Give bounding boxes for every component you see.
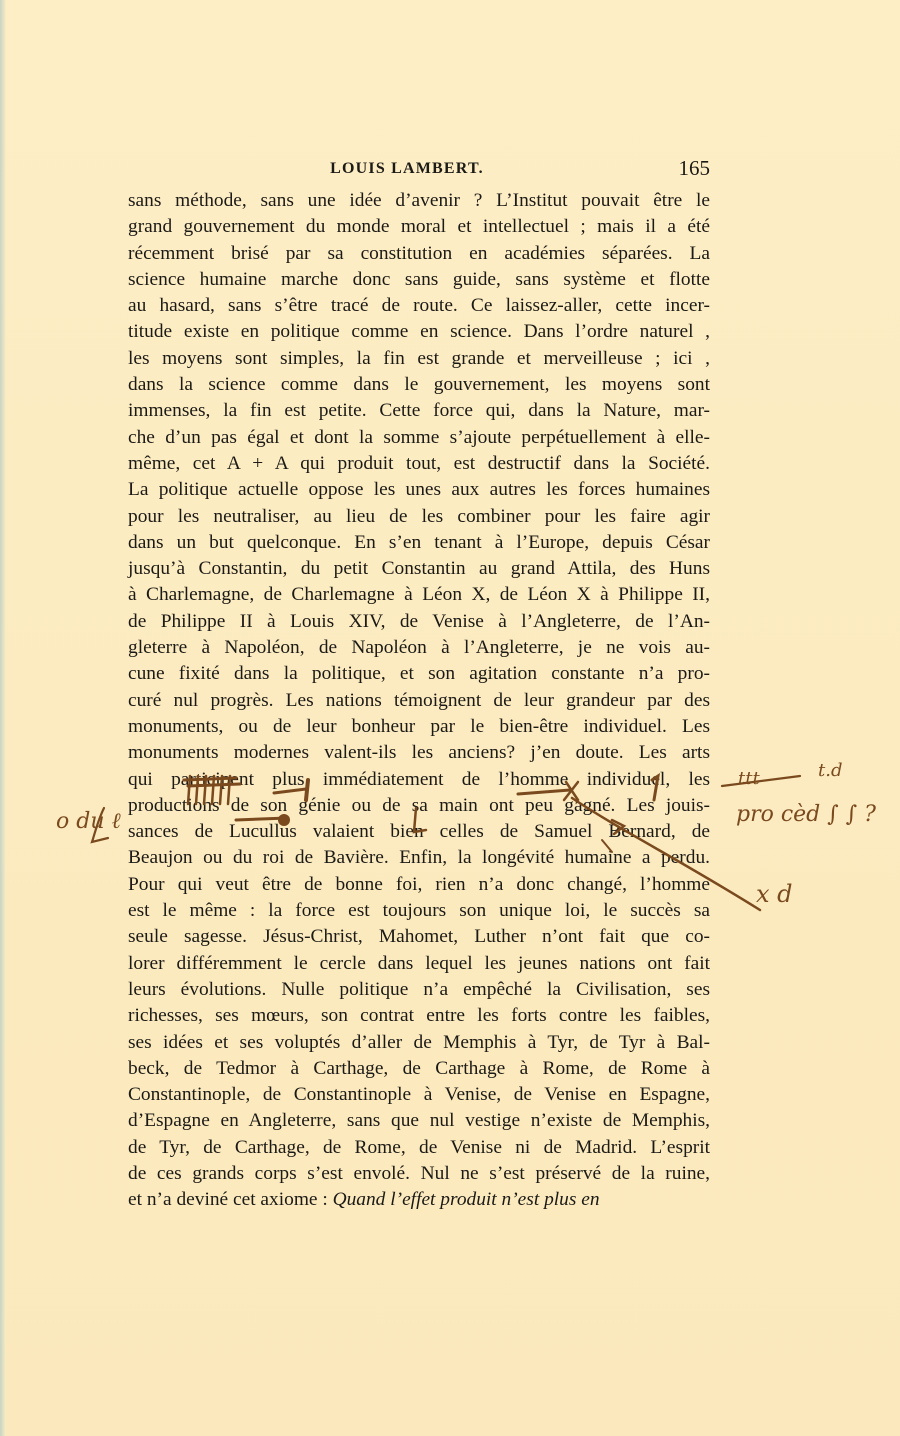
text-line: jusqu’à Constantin, du petit Constantin … xyxy=(128,556,710,582)
book-page: LOUIS LAMBERT. 165 sans méthode, sans un… xyxy=(0,0,900,1436)
text-line: au hasard, sans s’être tracé de route. C… xyxy=(128,293,710,319)
text-line: d’Espagne en Angleterre, sans que nul ve… xyxy=(128,1108,710,1134)
page-number: 165 xyxy=(679,156,711,181)
margin-note-right-top2: t.d xyxy=(818,760,842,781)
text-line: science humaine marche donc sans guide, … xyxy=(128,267,710,293)
margin-note-left: o du ℓ xyxy=(56,808,121,834)
final-line-italic: Quand l’effet produit n’est plus en xyxy=(333,1189,600,1210)
text-line: lorer différemment le cercle dans lequel… xyxy=(128,951,710,977)
text-line: dans un but quelconque. En s’en tenant à… xyxy=(128,530,710,556)
text-line: gleterre à Napoléon, de Napoléon à l’Ang… xyxy=(128,635,710,661)
text-line: est le même : la force est toujours son … xyxy=(128,898,710,924)
text-line: La politique actuelle oppose les unes au… xyxy=(128,477,710,503)
running-title: LOUIS LAMBERT. xyxy=(128,160,710,178)
text-line: de Tyr, de Carthage, de Rome, de Venise … xyxy=(128,1135,710,1161)
text-line: beck, de Tedmor à Carthage, de Carthage … xyxy=(128,1056,710,1082)
text-line: immenses, la fin est petite. Cette force… xyxy=(128,398,710,424)
text-line: richesses, ses mœurs, son contrat entre … xyxy=(128,1003,710,1029)
text-line: sans méthode, sans une idée d’avenir ? L… xyxy=(128,188,710,214)
page-edge xyxy=(0,0,6,1436)
text-line: pour les neutraliser, au lieu de les com… xyxy=(128,504,710,530)
text-line: Pour qui veut être de bonne foi, rien n’… xyxy=(128,872,710,898)
text-line: de Philippe II à Louis XIV, de Venise à … xyxy=(128,609,710,635)
final-line-roman: et n’a deviné cet axiome : xyxy=(128,1189,333,1210)
text-line: seule sagesse. Jésus-Christ, Mahomet, Lu… xyxy=(128,924,710,950)
text-line: même, cet A + A qui produit tout, est de… xyxy=(128,451,710,477)
text-line: curé nul progrès. Les nations témoignent… xyxy=(128,688,710,714)
text-line: les moyens sont simples, la fin est gran… xyxy=(128,346,710,372)
text-line: à Charlemagne, de Charlemagne à Léon X, … xyxy=(128,582,710,608)
text-line: cune fixité dans la politique, et son ag… xyxy=(128,661,710,687)
margin-note-right-mid: pro cèd ∫ ∫ ? xyxy=(736,802,876,827)
text-line: che d’un pas égal et dont la somme s’ajo… xyxy=(128,425,710,451)
margin-note-right-bottom: x d xyxy=(756,880,793,908)
text-line: dans la science comme dans le gouverneme… xyxy=(128,372,710,398)
text-line: ses idées et ses voluptés d’aller de Mem… xyxy=(128,1030,710,1056)
text-line: leurs évolutions. Nulle politique n’a em… xyxy=(128,977,710,1003)
text-line: monuments modernes valent-ils les ancien… xyxy=(128,740,710,766)
text-line-final: et n’a deviné cet axiome : Quand l’effet… xyxy=(128,1187,710,1213)
text-line: grand gouvernement du monde moral et int… xyxy=(128,214,710,240)
page-header: LOUIS LAMBERT. 165 xyxy=(128,156,710,182)
text-line: productions de son génie ou de sa main o… xyxy=(128,793,710,819)
text-line: Beaujon ou du roi de Bavière. Enfin, la … xyxy=(128,845,710,871)
margin-note-right-top: ttt xyxy=(738,768,760,789)
text-line: sances de Lucullus valaient bien celles … xyxy=(128,819,710,845)
text-line: titude existe en politique comme en scie… xyxy=(128,319,710,345)
body-text: sans méthode, sans une idée d’avenir ? L… xyxy=(128,188,710,1214)
text-line: Constantinople, de Constantinople à Veni… xyxy=(128,1082,710,1108)
text-line: monuments, ou de leur bonheur par le bie… xyxy=(128,714,710,740)
text-line: de ces grands corps s’est envolé. Nul ne… xyxy=(128,1161,710,1187)
text-line: qui participent plus immédiatement de l’… xyxy=(128,767,710,793)
text-line: récemment brisé par sa constitution en a… xyxy=(128,241,710,267)
